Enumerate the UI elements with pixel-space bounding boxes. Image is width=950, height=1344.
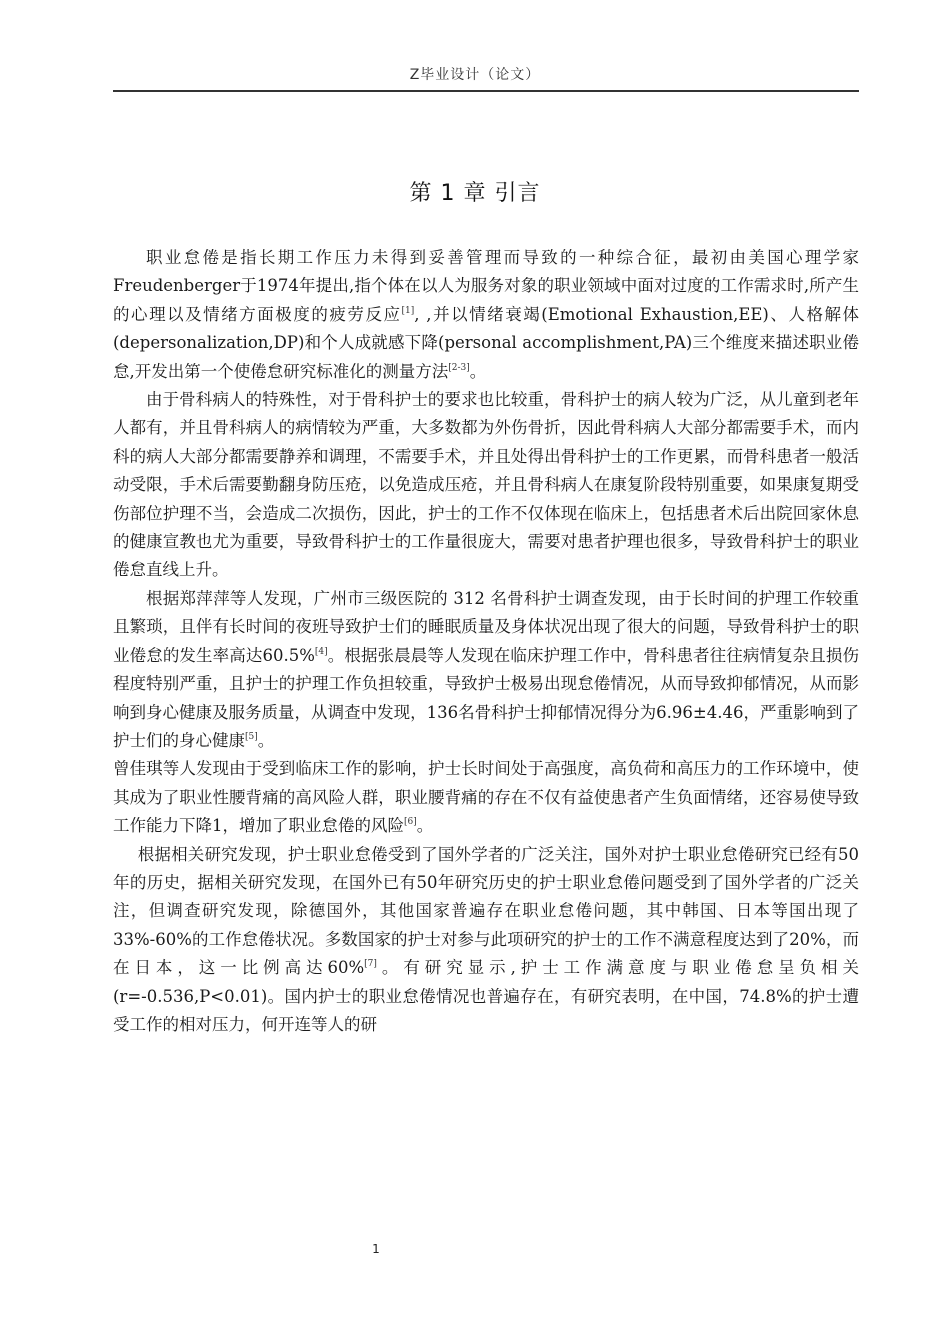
paragraph-5: 根据相关研究发现，护士职业怠倦受到了国外学者的广泛关注，国外对护士职业怠倦研究已… <box>113 841 859 1040</box>
page-number: 1 <box>370 1242 382 1256</box>
paragraph-2: 由于骨科病人的特殊性，对于骨科护士的要求也比较重，骨科护士的病人较为广泛，从儿童… <box>113 386 859 585</box>
paragraph-3: 根据郑萍萍等人发现，广州市三级医院的 312 名骨科护士调查发现，由于长时间的护… <box>113 585 859 755</box>
paragraph-4: 曾佳琪等人发现由于受到临床工作的影响，护士长时间处于高强度，高负荷和高压力的工作… <box>113 755 859 840</box>
header-divider <box>113 90 859 92</box>
paragraph-text: 。 <box>417 816 434 835</box>
body-text: 职业怠倦是指长期工作压力未得到妥善管理而导致的一种综合征，最初由美国心理学家Fr… <box>113 244 859 1039</box>
citation-ref: [5] <box>245 732 258 742</box>
citation-ref: [4] <box>315 647 328 657</box>
citation-ref: [2-3] <box>448 363 470 373</box>
paragraph-1: 职业怠倦是指长期工作压力未得到妥善管理而导致的一种综合征，最初由美国心理学家Fr… <box>113 244 859 386</box>
citation-ref: [7] <box>364 959 377 969</box>
citation-ref: [6] <box>404 817 417 827</box>
paragraph-text: 曾佳琪等人发现由于受到临床工作的影响，护士长时间处于高强度，高负荷和高压力的工作… <box>113 759 859 835</box>
paragraph-text: 。 <box>258 731 275 750</box>
paragraph-text: 。 <box>470 362 487 381</box>
paragraph-text: 由于骨科病人的特殊性，对于骨科护士的要求也比较重，骨科护士的病人较为广泛，从儿童… <box>113 390 859 579</box>
chapter-title: 第 1 章 引言 <box>0 176 950 207</box>
running-header: Z毕业设计（论文） <box>0 64 950 84</box>
citation-ref: [1] <box>402 306 415 316</box>
